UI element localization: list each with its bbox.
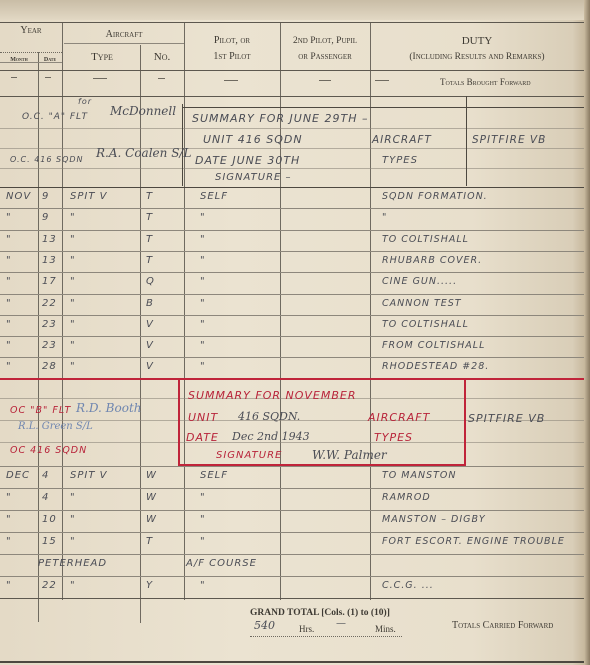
entry-type: ": [70, 212, 76, 223]
entry-duty: TO COLTISHALL: [382, 319, 469, 330]
november-signer2-signature: R.L. Green S/L: [18, 421, 93, 432]
row-rule: [0, 208, 584, 209]
row-rule: [0, 168, 584, 169]
entry-month: ": [6, 234, 12, 245]
entry-pilot: ": [200, 340, 206, 351]
june-aircraft-types: SPITFIRE VB: [472, 134, 546, 146]
entry-type: ": [70, 276, 76, 287]
header-duty-title: DUTY: [370, 34, 584, 48]
entry-duty: FROM COLTISHALL: [382, 340, 485, 351]
entry-date: 22: [42, 298, 57, 309]
entry-month: ": [6, 514, 12, 525]
entry-month: ": [6, 276, 12, 287]
entry-type: ": [70, 361, 76, 372]
row-rule: [0, 148, 584, 149]
november-signature-value: W.W. Palmer: [312, 448, 387, 462]
entry-pilot: ": [200, 276, 206, 287]
entry-month: ": [6, 361, 12, 372]
dash-type: [93, 78, 107, 79]
entry-date: 22: [42, 580, 57, 591]
entry-type: ": [70, 514, 76, 525]
entry-duty: RHODESTEAD #28.: [382, 361, 489, 372]
minutes-label: Mins.: [375, 624, 396, 634]
entry-pilot: ": [200, 319, 206, 330]
row-rule: [0, 488, 584, 489]
entry-date: 13: [42, 255, 57, 266]
dash-month: [11, 77, 17, 78]
entry-type: ": [70, 255, 76, 266]
rule-pilot-2nd: [280, 22, 281, 600]
rule-no-pilot: [184, 22, 185, 600]
entry-duty: TO MANSTON: [382, 470, 457, 481]
entry-month: ": [6, 298, 12, 309]
row-rule: [0, 532, 584, 533]
header-month: Month: [0, 56, 38, 64]
november-unit-label: UNIT: [188, 411, 218, 424]
entry-month: ": [6, 340, 12, 351]
entry-pilot: ": [200, 298, 206, 309]
entry-no: T: [146, 191, 153, 202]
june-summary-top-rule: [182, 107, 584, 108]
rule-2nd-duty: [370, 22, 371, 600]
entry-no: T: [146, 234, 153, 245]
entry-date: 15: [42, 536, 57, 547]
november-summary-line1: SUMMARY FOR NOVEMBER: [188, 389, 357, 402]
totals-carried-forward: Totals Carried Forward: [452, 620, 553, 631]
rule-date-type: [62, 22, 63, 600]
entry-month: ": [6, 255, 12, 266]
entry-month: ": [6, 319, 12, 330]
november-summary-right-rule: [464, 378, 466, 466]
entry-no: W: [146, 492, 157, 503]
dash-duty: [375, 80, 389, 81]
entry-pilot: SELF: [200, 191, 228, 202]
row-rule: [0, 230, 584, 231]
hours-label: Hrs.: [299, 624, 314, 634]
grand-total-dotted-line: [250, 635, 402, 637]
entry-duty: RAMROD: [382, 492, 431, 503]
grand-total-minutes: —: [336, 618, 347, 629]
entry-no: T: [146, 536, 153, 547]
entry-date: 13: [42, 234, 57, 245]
rule-aircraft-sub: [64, 43, 184, 44]
entry-duty: CINE GUN.....: [382, 276, 457, 287]
entry-date: 23: [42, 340, 57, 351]
june-summary-line1: SUMMARY FOR JUNE 29TH –: [192, 112, 368, 125]
row-rule: [0, 554, 584, 555]
june-summary-line3: DATE JUNE 30TH: [195, 154, 300, 167]
header-second-pilot-line2: or Passenger: [280, 50, 370, 64]
entry-no: V: [146, 319, 154, 330]
entry-type: SPIT V: [70, 470, 107, 481]
rule-type-no: [140, 45, 141, 623]
entry-date: 4: [42, 470, 49, 481]
entry-pilot: ": [200, 234, 206, 245]
june-signer1-label: O.C. "A" FLT: [22, 112, 88, 122]
entry-date: 28: [42, 361, 57, 372]
entry-no: B: [146, 298, 154, 309]
november-signer1-signature: R.D. Booth: [76, 401, 142, 415]
header-type: Type: [64, 50, 140, 64]
entry-type: ": [70, 340, 76, 351]
entry-no: Q: [146, 276, 155, 287]
entry-no: W: [146, 470, 157, 481]
entry-duty: ": [382, 212, 387, 223]
entry-month: ": [6, 580, 12, 591]
entry-duty: SQDN FORMATION.: [382, 191, 488, 202]
november-date-value: Dec 2nd 1943: [232, 430, 310, 443]
entry-type: ": [70, 580, 76, 591]
june-aircraft-label: AIRCRAFT: [372, 134, 432, 146]
entry-date: 17: [42, 276, 57, 287]
header-date: Date: [38, 56, 62, 64]
entry-pilot: ": [200, 212, 206, 223]
header-duty-subtitle: (Including Results and Remarks): [370, 50, 584, 64]
november-red-top-rule: [0, 378, 584, 380]
dash-second-pilot: [319, 80, 331, 81]
entry-pilot: ": [200, 514, 206, 525]
november-signature-label: SIGNATURE: [216, 450, 282, 461]
rule-page-bottom: [0, 661, 584, 663]
entry-pilot: A/F COURSE: [186, 558, 257, 569]
june-summary-line2: UNIT 416 SQDN: [203, 133, 303, 146]
entry-pilot: ": [200, 536, 206, 547]
entry-duty: CANNON TEST: [382, 298, 462, 309]
entry-type: PETERHEAD: [38, 558, 107, 569]
entry-month: ": [6, 212, 12, 223]
rule-footer-top: [0, 598, 584, 599]
entry-date: 10: [42, 514, 57, 525]
june-summary-line4: SIGNATURE –: [215, 172, 292, 183]
entry-pilot: SELF: [200, 470, 228, 481]
entry-no: T: [146, 255, 153, 266]
june-summary-bottom-rule: [0, 187, 584, 188]
june-signer1-note: for: [78, 97, 92, 106]
entry-type: ": [70, 492, 76, 503]
entry-date: 23: [42, 319, 57, 330]
entry-month: DEC: [6, 470, 30, 481]
entry-type: ": [70, 536, 76, 547]
rule-header-bottom: [0, 70, 584, 71]
june-signer2-signature: R.A. Coalen S/L: [96, 146, 191, 160]
grand-total-label: GRAND TOTAL [Cols. (1) to (10)]: [250, 608, 390, 618]
entry-month: ": [6, 492, 12, 503]
june-signer2-label: O.C. 416 SQDN: [10, 155, 84, 164]
entry-type: SPIT V: [70, 191, 107, 202]
header-aircraft: Aircraft: [64, 28, 184, 42]
entry-date: 9: [42, 191, 49, 202]
dash-date: [45, 77, 51, 78]
november-signer2-label: OC 416 SQDN: [10, 445, 87, 456]
header-year: Year: [0, 24, 62, 38]
row-rule: [0, 128, 584, 129]
entry-duty: RHUBARB COVER.: [382, 255, 482, 266]
entry-pilot: ": [200, 255, 206, 266]
entry-no: T: [146, 212, 153, 223]
november-unit-value: 416 SQDN.: [238, 410, 300, 423]
header-second-pilot-line1: 2nd Pilot, Pupil: [280, 34, 370, 48]
entry-duty: C.C.G. ...: [382, 580, 434, 591]
june-types-label: TYPES: [382, 155, 418, 166]
entry-duty: TO COLTISHALL: [382, 234, 469, 245]
entry-duty: MANSTON – DIGBY: [382, 514, 486, 525]
entry-pilot: ": [200, 361, 206, 372]
november-date-label: DATE: [186, 431, 219, 444]
rule-year-dotted: [0, 52, 62, 54]
row-rule: [0, 576, 584, 577]
grand-total-hours: 540: [254, 619, 275, 632]
november-types-label: TYPES: [374, 431, 413, 444]
header-pilot-line1: Pilot, or: [184, 34, 280, 48]
entry-type: ": [70, 298, 76, 309]
entry-pilot: ": [200, 580, 206, 591]
entry-no: V: [146, 361, 154, 372]
header-pilot-line2: 1st Pilot: [184, 50, 280, 64]
entry-pilot: ": [200, 492, 206, 503]
june-summary-left-rule: [182, 104, 183, 186]
row-rule: [0, 336, 584, 337]
row-rule: [0, 272, 584, 273]
row-rule: [0, 294, 584, 295]
dash-no: [158, 78, 165, 79]
dash-pilot: [224, 80, 238, 81]
entry-no: Y: [146, 580, 153, 591]
entry-date: 4: [42, 492, 49, 503]
row-rule: [0, 251, 584, 252]
november-summary-left-rule: [178, 378, 180, 466]
november-aircraft-types: SPITFIRE VB: [468, 412, 545, 425]
june-summary-right-rule: [466, 96, 467, 186]
entry-month: ": [6, 536, 12, 547]
entry-duty: FORT ESCORT. ENGINE TROUBLE: [382, 536, 565, 547]
rule-header-top: [0, 22, 584, 23]
entry-type: ": [70, 319, 76, 330]
page-top-shadow: [0, 0, 590, 20]
row-rule: [0, 357, 584, 358]
rule-after-november: [0, 466, 584, 467]
november-signer1-label: OC "B" FLT: [10, 405, 71, 416]
june-signer1-signature: McDonnell: [110, 104, 176, 118]
row-rule: [0, 315, 584, 316]
entry-month: NOV: [6, 191, 31, 202]
entry-no: W: [146, 514, 157, 525]
entry-date: 9: [42, 212, 49, 223]
entry-type: ": [70, 234, 76, 245]
header-no: No.: [140, 50, 184, 64]
november-aircraft-label: AIRCRAFT: [368, 411, 430, 424]
entry-no: V: [146, 340, 154, 351]
logbook-page: Year Month Date Aircraft Type No. Pilot,…: [0, 0, 590, 665]
totals-brought-forward: Totals Brought Forward: [440, 75, 580, 89]
row-rule: [0, 510, 584, 511]
page-binding-edge: [584, 0, 590, 665]
